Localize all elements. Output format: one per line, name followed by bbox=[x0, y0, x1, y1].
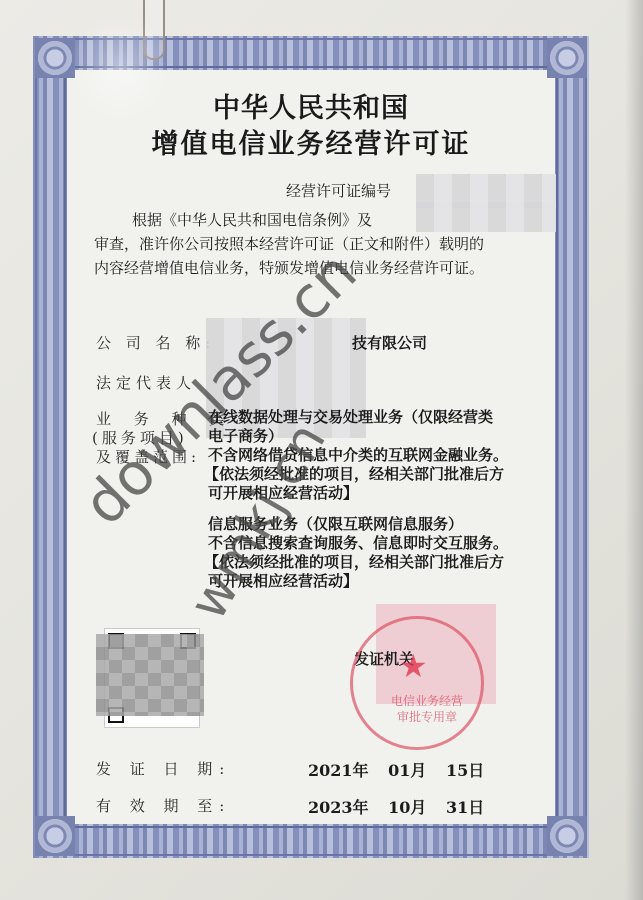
valid-until-year: 2023年 bbox=[308, 798, 369, 817]
redacted-qr-code bbox=[96, 634, 204, 716]
certificate-title: 增值电信业务经营许可证 bbox=[66, 122, 556, 161]
scope-line: 电子商务） bbox=[208, 427, 508, 446]
scope-line: 在线数据处理与交易处理业务（仅限经营类 bbox=[208, 408, 508, 427]
issue-date-year: 2021年 bbox=[308, 761, 369, 780]
seal-text-line-1: 电信业务经营 bbox=[383, 693, 471, 709]
company-name-label: 公 司 名 称: bbox=[96, 332, 215, 353]
scope-line: 不含网络借贷信息中介类的互联网金融业务。 bbox=[208, 446, 508, 465]
seal-text-line-2: 审批专用章 bbox=[383, 709, 471, 725]
issue-date-day: 15日 bbox=[446, 761, 484, 780]
star-icon: ★ bbox=[399, 647, 428, 685]
valid-until-label: 有 效 期 至: bbox=[96, 795, 231, 816]
valid-until-month: 10月 bbox=[388, 798, 426, 817]
valid-until-date: 2023年 10月 31日 bbox=[308, 795, 498, 818]
seal-text: 电信业务经营 审批专用章 bbox=[383, 693, 471, 725]
company-name-value: 技有限公司 bbox=[352, 332, 427, 353]
issue-date: 2021年 01月 15日 bbox=[308, 758, 498, 781]
redacted-intro bbox=[416, 202, 556, 232]
photo-shadow bbox=[625, 0, 643, 900]
certificate-title-country: 中华人民共和国 bbox=[66, 86, 556, 125]
issue-date-label: 发 证 日 期: bbox=[96, 758, 231, 779]
license-number-label: 经营许可证编号 bbox=[286, 180, 391, 201]
issue-date-month: 01月 bbox=[388, 761, 426, 780]
valid-until-day: 31日 bbox=[446, 798, 484, 817]
official-seal: ★ 电信业务经营 审批专用章 bbox=[350, 616, 484, 750]
